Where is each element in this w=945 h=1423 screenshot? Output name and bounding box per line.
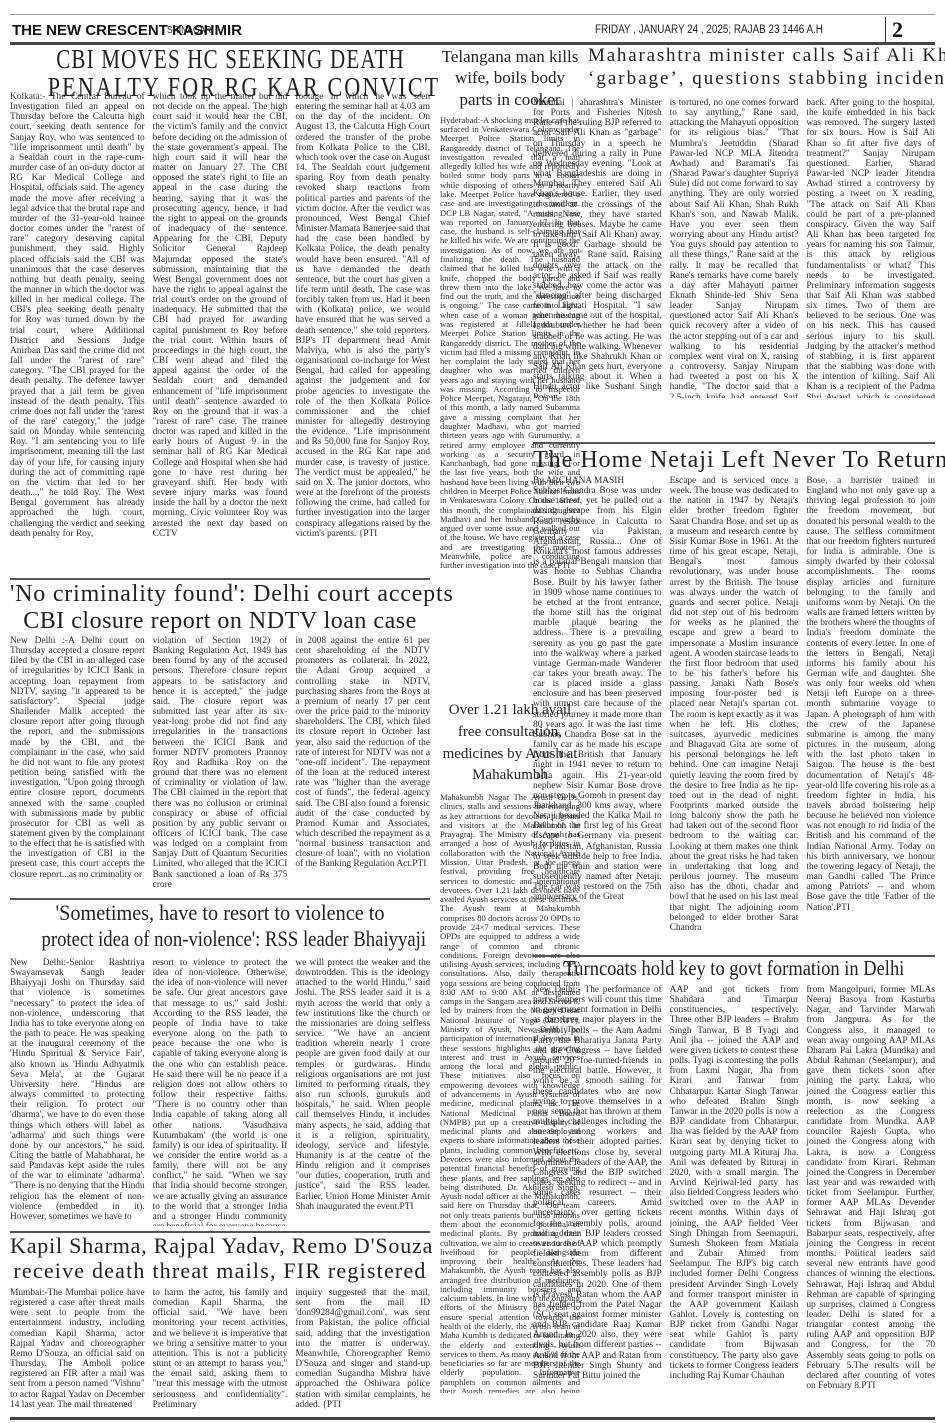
headline-kapil-line2: receive death threat mails, FIR register… [10, 1260, 430, 1282]
article-rss-col1: New Delhi:-Senior Rashtriya Swayamsevak … [10, 958, 145, 1226]
article-turncoats-col3: from Mangolpuri, former MLAs Neeraj Baso… [806, 985, 935, 1413]
article-netaji-columns: By ARCHANA MASIH Subhas Chandra Bose was… [533, 476, 935, 934]
article-netaji-col2: Escape and is serviced once a week. The … [670, 476, 799, 934]
article-rss-col3: we will protect the weaker and the downt… [295, 958, 430, 1226]
article-turncoats-col1: New Delhi:- The performance of party-hop… [533, 985, 662, 1413]
page-number-divider [885, 17, 886, 43]
article-netaji-col1: Subhas Chandra Bose was under house arre… [533, 486, 662, 902]
article-saif-col1: Mumbai | aharashtra's Minister for Ports… [533, 98, 662, 398]
headline-cbi-line1: CBI MOVES HC SEEKING DEATH [56, 46, 384, 73]
masthead: THE NEW CRESCENT KASHMIR SRINAGAR FRIDAY… [10, 14, 935, 42]
article-cbi-col3: footage in which he was seen entering th… [295, 92, 430, 602]
article-cbi-col1: Kolkata:- The Central Bureau of Investig… [10, 92, 145, 602]
headline-netaji: The Home Netaji Left Never To Return [533, 448, 935, 472]
page-number: 2 [892, 17, 903, 43]
issue-date: FRIDAY , JANUARY 24 , 2025; RAJAB 23 144… [595, 24, 823, 36]
article-ndtv-col1: New Delhi :-A Delhi court on Thursday ac… [10, 636, 145, 896]
article-kapil-col3: inquiry suggested that the mail, sent fr… [295, 1288, 430, 1414]
headline-saif-line1: Maharashtra minister calls Saif Ali Khan [588, 46, 935, 65]
page-bottom-rule [10, 1417, 935, 1420]
divider-saif-netaji [533, 442, 935, 444]
headline-ndtv-line1: 'No criminality found': Delhi court acce… [10, 582, 430, 606]
headline-ndtv-line2: CBI closure report on NDTV loan case [10, 609, 430, 633]
headline-rss-line1: 'Sometimes, have to resort to violence t… [27, 902, 413, 924]
article-saif-col3: back. After going to the hospital, the k… [806, 98, 935, 398]
headline-kapil-line1: Kapil Sharma, Rajpal Yadav, Remo D'Souza [10, 1235, 430, 1257]
edition-city: SRINAGAR [167, 25, 211, 36]
article-kapil-columns: Mumbai:-The Mumbai police have registere… [10, 1288, 430, 1414]
article-rss-col2: resort to violence to protect the idea o… [153, 958, 288, 1226]
article-netaji-col3: Bose, a barrister trained in England who… [806, 476, 935, 934]
article-ndtv-columns: New Delhi :-A Delhi court on Thursday ac… [10, 636, 430, 896]
headline-turncoats: Turncoats hold key to govt formation in … [557, 958, 911, 979]
headline-saif-line2: ‘garbage’, questions stabbing incident [588, 69, 935, 88]
article-saif-col2: is tortured, no one comes forward to say… [670, 98, 799, 398]
netaji-byline: By ARCHANA MASIH [533, 476, 662, 486]
article-turncoats-columns: New Delhi:- The performance of party-hop… [533, 985, 935, 1413]
headline-rss-line2: protect idea of non-violence': RSS leade… [42, 928, 399, 950]
article-saif-columns: Mumbai | aharashtra's Minister for Ports… [533, 98, 935, 398]
article-ndtv-col2: violation of Section 19(2) of Banking Re… [153, 636, 288, 896]
article-kapil-col2: to harm the actor, his family and comedi… [153, 1288, 288, 1414]
article-cbi: CBI MOVES HC SEEKING DEATH PENALTY FOR R… [10, 44, 430, 604]
article-kapil-col1: Mumbai:-The Mumbai police have registere… [10, 1288, 145, 1414]
article-rss-columns: New Delhi:-Senior Rashtriya Swayamsevak … [10, 958, 430, 1226]
article-cbi-col2: which took up the matter but did not dec… [153, 92, 288, 602]
divider-cbi-ndtv [10, 578, 430, 580]
article-ndtv-col3: in 2008 against the entire 61 per cent s… [295, 636, 430, 896]
article-turncoats-col2: AAP and got tickets from Shahdara and Ti… [670, 985, 799, 1413]
